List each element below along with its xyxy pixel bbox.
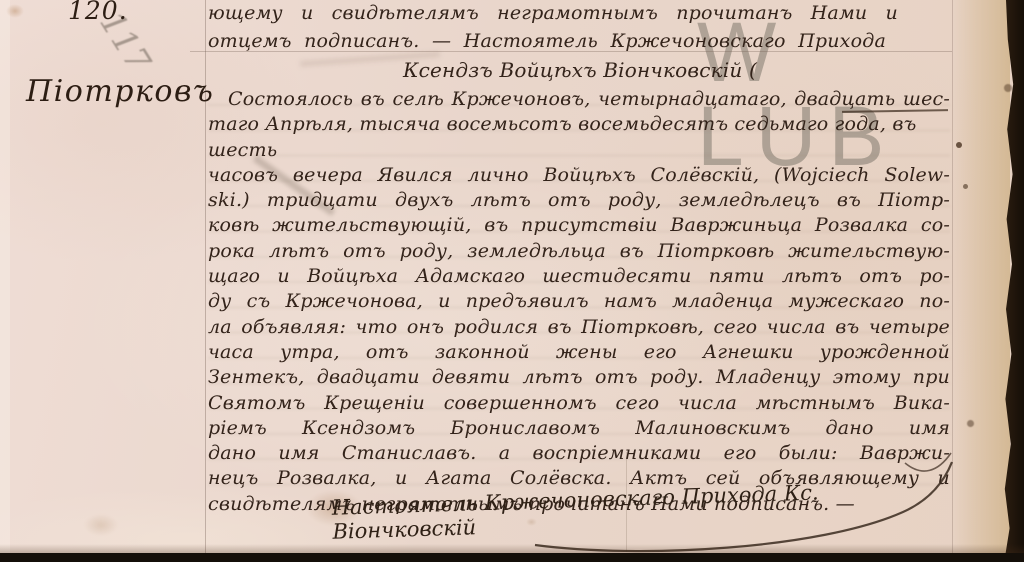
- margin-rule-vertical-right: [952, 0, 953, 553]
- scanned-register-page: W LUB 120. 117 Піотрковъ ющему и свидѣте…: [0, 0, 1024, 562]
- record-body-line-6: рока лѣтъ отъ роду, земледѣльца въ Піотр…: [208, 239, 950, 264]
- margin-place-name: Піотрковъ: [26, 74, 214, 109]
- foxing-stain: [6, 4, 24, 18]
- previous-record-line-1: ющему и свидѣтелямъ неграмотнымъ прочита…: [208, 0, 898, 27]
- record-body-line-13: ріемъ Ксендзомъ Брониславомъ Малиновским…: [208, 416, 950, 441]
- record-body-line-8: ду съ Кржечонова, и предъявилъ намъ млад…: [208, 289, 950, 314]
- record-body-line-11: Зентекъ, двадцати девяти лѣтъ отъ роду. …: [208, 365, 950, 390]
- record-body-text: Состоялось въ селѣ Кржечоновъ, четырнадц…: [208, 87, 950, 517]
- record-number: 120.: [68, 0, 128, 25]
- record-body-line-2: таго Апрѣля, тысяча восемьсотъ восемьдес…: [208, 112, 950, 163]
- previous-record-line-2: отцемъ подписанъ. — Настоятель Кржечонов…: [208, 27, 886, 55]
- foxing-speck: [967, 420, 974, 427]
- scan-background-strip: [0, 553, 1024, 562]
- left-edge-highlight: [0, 0, 10, 562]
- record-body-line-9: ла объявляя: что онъ родился въ Піотрков…: [208, 315, 950, 340]
- record-body-line-3: часовъ вечера Явился лично Войцѣхъ Солёв…: [208, 163, 950, 188]
- record-body-line-7: щаго и Войцѣха Адамскаго шестидесяти пят…: [208, 264, 950, 289]
- record-body-line-5: ковѣ жительствующій, въ присутствіи Вавр…: [208, 213, 950, 238]
- record-body-line-10: часа утра, отъ законной жены его Агнешки…: [208, 340, 950, 365]
- record-body-line-4: ski.) тридцати двухъ лѣтъ отъ роду, земл…: [208, 188, 950, 213]
- foxing-speck: [956, 142, 962, 148]
- record-body-line-1: Состоялось въ селѣ Кржечоновъ, четырнадц…: [208, 87, 950, 112]
- foxing-speck: [1004, 84, 1012, 92]
- bottom-edge-shadow: [0, 544, 1024, 553]
- record-body-line-12: Святомъ Крещеніи совершенномъ сего числа…: [208, 391, 950, 416]
- record-body-line-14: дано имя Станиславъ. а воспріемниками ег…: [208, 441, 950, 466]
- previous-record-line-3: Ксендзъ Войцѣхъ Віончковскій (: [208, 56, 952, 84]
- foxing-stain: [84, 514, 118, 536]
- foxing-speck: [963, 184, 968, 189]
